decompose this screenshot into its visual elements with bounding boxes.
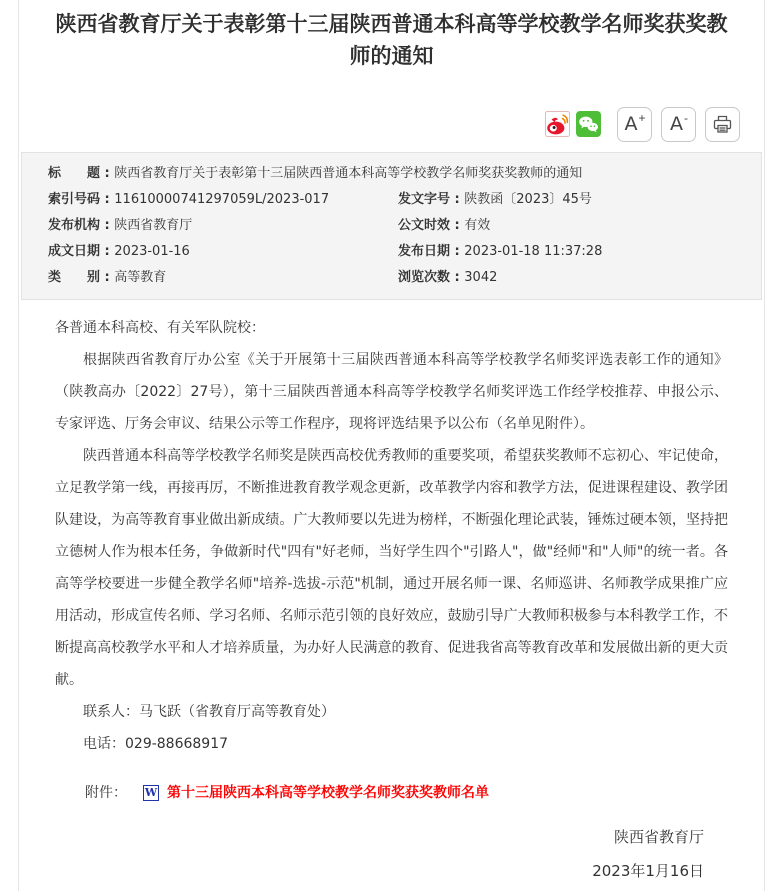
meta-row: 发布机构 : 陕西省教育厅 公文时效 : 有效	[48, 213, 751, 239]
meta-label: 发布机构	[48, 213, 100, 239]
meta-value: 陕西省教育厅	[114, 213, 192, 239]
minus-sign: -	[684, 112, 688, 124]
meta-label: 浏览次数	[398, 265, 450, 291]
meta-label: 发布日期	[398, 239, 450, 265]
meta-colon: :	[100, 213, 114, 239]
meta-colon: :	[450, 213, 464, 239]
meta-row: 成文日期 : 2023-01-16 发布日期 : 2023-01-18 11:3…	[48, 239, 751, 265]
meta-value: 2023-01-16	[114, 239, 190, 265]
toolbar: A+ A-	[19, 106, 740, 142]
meta-label: 公文时效	[398, 213, 450, 239]
meta-colon: :	[100, 187, 114, 213]
meta-colon: :	[450, 265, 464, 291]
meta-value: 2023-01-18 11:37:28	[464, 239, 602, 265]
meta-colon: :	[100, 239, 114, 265]
issue-date: 2023年1月16日	[55, 854, 704, 888]
salutation: 各普通本科高校、有关军队院校：	[55, 312, 728, 344]
font-increase-button[interactable]: A+	[617, 107, 652, 142]
contact-line: 联系人：马飞跃（省教育厅高等教育处）	[55, 696, 728, 728]
issuing-agency: 陕西省教育厅	[55, 820, 704, 854]
body-paragraph: 陕西普通本科高等学校教学名师奖是陕西高校优秀教师的重要奖项，希望获奖教师不忘初心…	[55, 440, 728, 696]
body-paragraph: 根据陕西省教育厅办公室《关于开展第十三届陕西普通本科高等学校教学名师奖评选表彰工…	[55, 344, 728, 440]
font-decrease-label: A	[670, 115, 683, 134]
font-increase-label: A	[624, 115, 637, 134]
document-body: 各普通本科高校、有关军队院校： 根据陕西省教育厅办公室《关于开展第十三届陕西普通…	[55, 312, 728, 888]
meta-colon: :	[450, 187, 464, 213]
meta-colon: :	[100, 161, 114, 187]
phone-line: 电话：029-88668917	[55, 728, 728, 760]
document-meta-table: 标 题 : 陕西省教育厅关于表彰第十三届陕西普通本科高等学校教学名师奖获奖教师的…	[21, 152, 762, 300]
meta-label: 发文字号	[398, 187, 450, 213]
meta-value: 高等教育	[114, 265, 166, 291]
meta-value: 11610000741297059L/2023-017	[114, 187, 329, 213]
wechat-share-icon[interactable]	[576, 111, 601, 137]
print-button[interactable]	[705, 107, 740, 142]
attachment-link[interactable]: 第十三届陕西本科高等学校教学名师奖获奖教师名单	[167, 782, 489, 804]
attachment-row: 附件： W 第十三届陕西本科高等学校教学名师奖获奖教师名单	[55, 782, 728, 804]
meta-row: 类 别 : 高等教育 浏览次数 : 3042	[48, 265, 751, 291]
plus-sign: +	[638, 112, 645, 124]
printer-icon	[712, 114, 733, 135]
meta-colon: :	[450, 239, 464, 265]
meta-label: 成文日期	[48, 239, 100, 265]
meta-value: 陕西省教育厅关于表彰第十三届陕西普通本科高等学校教学名师奖获奖教师的通知	[114, 161, 582, 187]
meta-label: 标 题	[48, 161, 100, 187]
word-doc-icon[interactable]: W	[143, 785, 159, 801]
notice-page: 陕西省教育厅关于表彰第十三届陕西普通本科高等学校教学名师奖获奖教师的通知	[0, 0, 782, 891]
meta-value: 有效	[464, 213, 490, 239]
weibo-share-icon[interactable]	[545, 111, 570, 137]
meta-row: 索引号码 : 11610000741297059L/2023-017 发文字号 …	[48, 187, 751, 213]
attachment-label: 附件：	[85, 782, 127, 804]
signature-block: 陕西省教育厅 2023年1月16日	[55, 820, 728, 888]
meta-value: 3042	[464, 265, 497, 291]
font-decrease-button[interactable]: A-	[661, 107, 696, 142]
meta-colon: :	[100, 265, 114, 291]
meta-row-title: 标 题 : 陕西省教育厅关于表彰第十三届陕西普通本科高等学校教学名师奖获奖教师的…	[48, 161, 751, 187]
content-container: 陕西省教育厅关于表彰第十三届陕西普通本科高等学校教学名师奖获奖教师的通知	[18, 0, 765, 891]
meta-label: 索引号码	[48, 187, 100, 213]
page-title: 陕西省教育厅关于表彰第十三届陕西普通本科高等学校教学名师奖获奖教师的通知	[47, 8, 736, 72]
meta-label: 类 别	[48, 265, 100, 291]
meta-value: 陕教函〔2023〕45号	[464, 187, 592, 213]
